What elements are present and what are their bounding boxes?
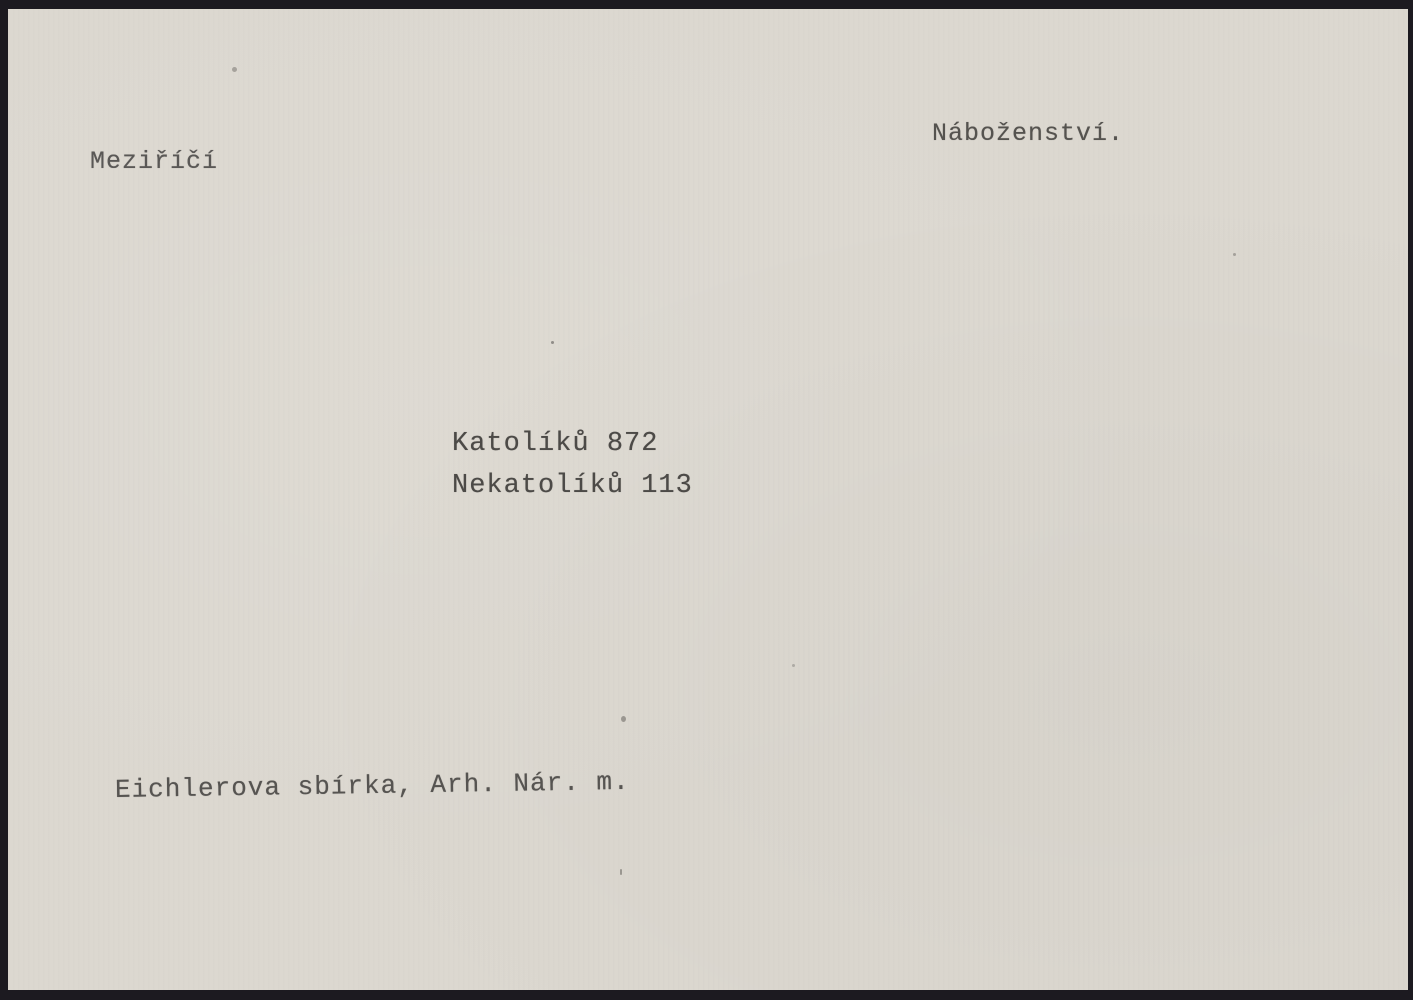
paper-speck bbox=[551, 341, 554, 344]
topic-heading: Náboženství. bbox=[932, 119, 1124, 148]
paper-speck bbox=[620, 869, 622, 875]
scan-frame: Meziříčí Náboženství. Katolíků 872 Nekat… bbox=[0, 0, 1413, 1000]
index-card: Meziříčí Náboženství. Katolíků 872 Nekat… bbox=[8, 9, 1408, 990]
source-citation: Eichlerova sbírka, Arh. Nár. m. bbox=[115, 767, 630, 805]
place-name: Meziříčí bbox=[90, 147, 218, 176]
stat-non-catholics: Nekatolíků 113 bbox=[452, 465, 693, 507]
paper-speck bbox=[232, 67, 237, 72]
paper-speck bbox=[1233, 253, 1236, 256]
paper-speck bbox=[621, 716, 626, 722]
paper-speck bbox=[792, 664, 795, 667]
statistics-block: Katolíků 872 Nekatolíků 113 bbox=[452, 423, 693, 507]
stat-catholics: Katolíků 872 bbox=[452, 423, 693, 465]
